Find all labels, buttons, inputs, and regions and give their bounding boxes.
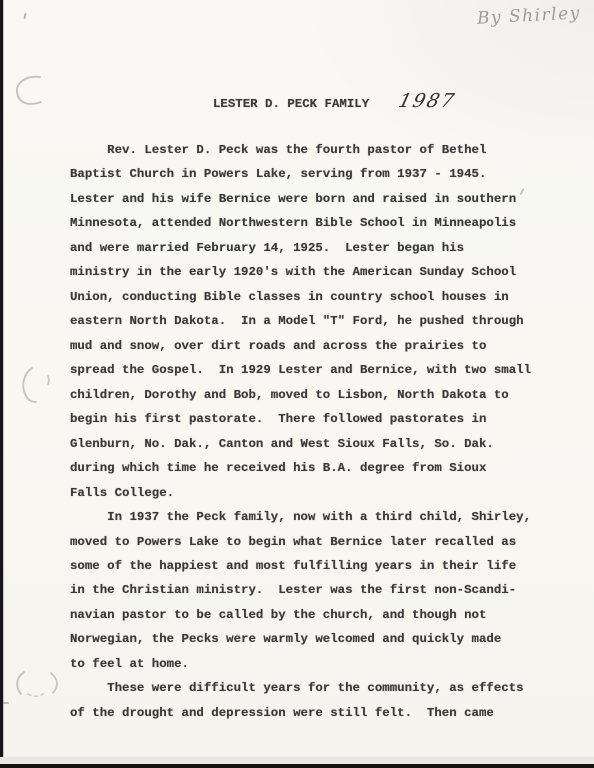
- typed-line: ministry in the early 1920's with the Am…: [70, 260, 531, 284]
- document-body: Rev. Lester D. Peck was the fourth pasto…: [70, 138, 531, 725]
- handwritten-year: 1987: [396, 90, 458, 112]
- typed-line: some of the happiest and most fulfilling…: [70, 554, 531, 578]
- typed-line: navian pastor to be called by the church…: [70, 603, 531, 627]
- typed-line: Minnesota, attended Northwestern Bible S…: [70, 211, 531, 235]
- pencil-mark-bottom-parens: [13, 668, 61, 709]
- typed-line: of the drought and depression were still…: [70, 701, 531, 725]
- typed-line: begin his first pastorate. There followe…: [70, 407, 531, 431]
- typed-line: mud and snow, over dirt roads and across…: [70, 334, 531, 358]
- pencil-mark-middle-paren: [18, 364, 56, 411]
- typed-line: Baptist Church in Powers Lake, serving f…: [70, 162, 531, 186]
- typed-line: Norwegian, the Pecks were warmly welcome…: [70, 627, 531, 651]
- typed-line: during which time he received his B.A. d…: [70, 456, 531, 480]
- pencil-mark-top-curve: [14, 74, 48, 115]
- typed-line: Union, conducting Bible classes in count…: [70, 285, 531, 309]
- scan-edge-left: [0, 0, 4, 768]
- typed-line: and were married February 14, 1925. Lest…: [70, 236, 531, 260]
- scanned-document-page: By Shirley LESTER D. PECK FAMILY 1987 Re…: [0, 0, 594, 768]
- typed-line: to feel at home.: [70, 652, 531, 676]
- typed-line: These were difficult years for the commu…: [70, 676, 531, 700]
- pencil-speck: [23, 13, 26, 19]
- typed-line: Lester and his wife Bernice were born an…: [70, 187, 531, 211]
- typed-line: Rev. Lester D. Peck was the fourth pasto…: [70, 138, 531, 162]
- typed-line: moved to Powers Lake to begin what Berni…: [70, 530, 531, 554]
- typed-line: Glenburn, No. Dak., Canton and West Siou…: [70, 432, 531, 456]
- handwritten-byline: By Shirley: [477, 3, 582, 28]
- typed-line: In 1937 the Peck family, now with a thir…: [70, 505, 531, 529]
- typed-line: eastern North Dakota. In a Model "T" For…: [70, 309, 531, 333]
- typed-line: spread the Gospel. In 1929 Lester and Be…: [70, 358, 531, 382]
- typed-line: Falls College.: [70, 481, 531, 505]
- scan-band-bottom: [0, 757, 594, 764]
- typed-line: in the Christian ministry. Lester was th…: [70, 578, 531, 602]
- typed-line: children, Dorothy and Bob, moved to Lisb…: [70, 383, 531, 407]
- scan-edge-bottom: [0, 764, 594, 768]
- page-title: LESTER D. PECK FAMILY: [213, 96, 369, 112]
